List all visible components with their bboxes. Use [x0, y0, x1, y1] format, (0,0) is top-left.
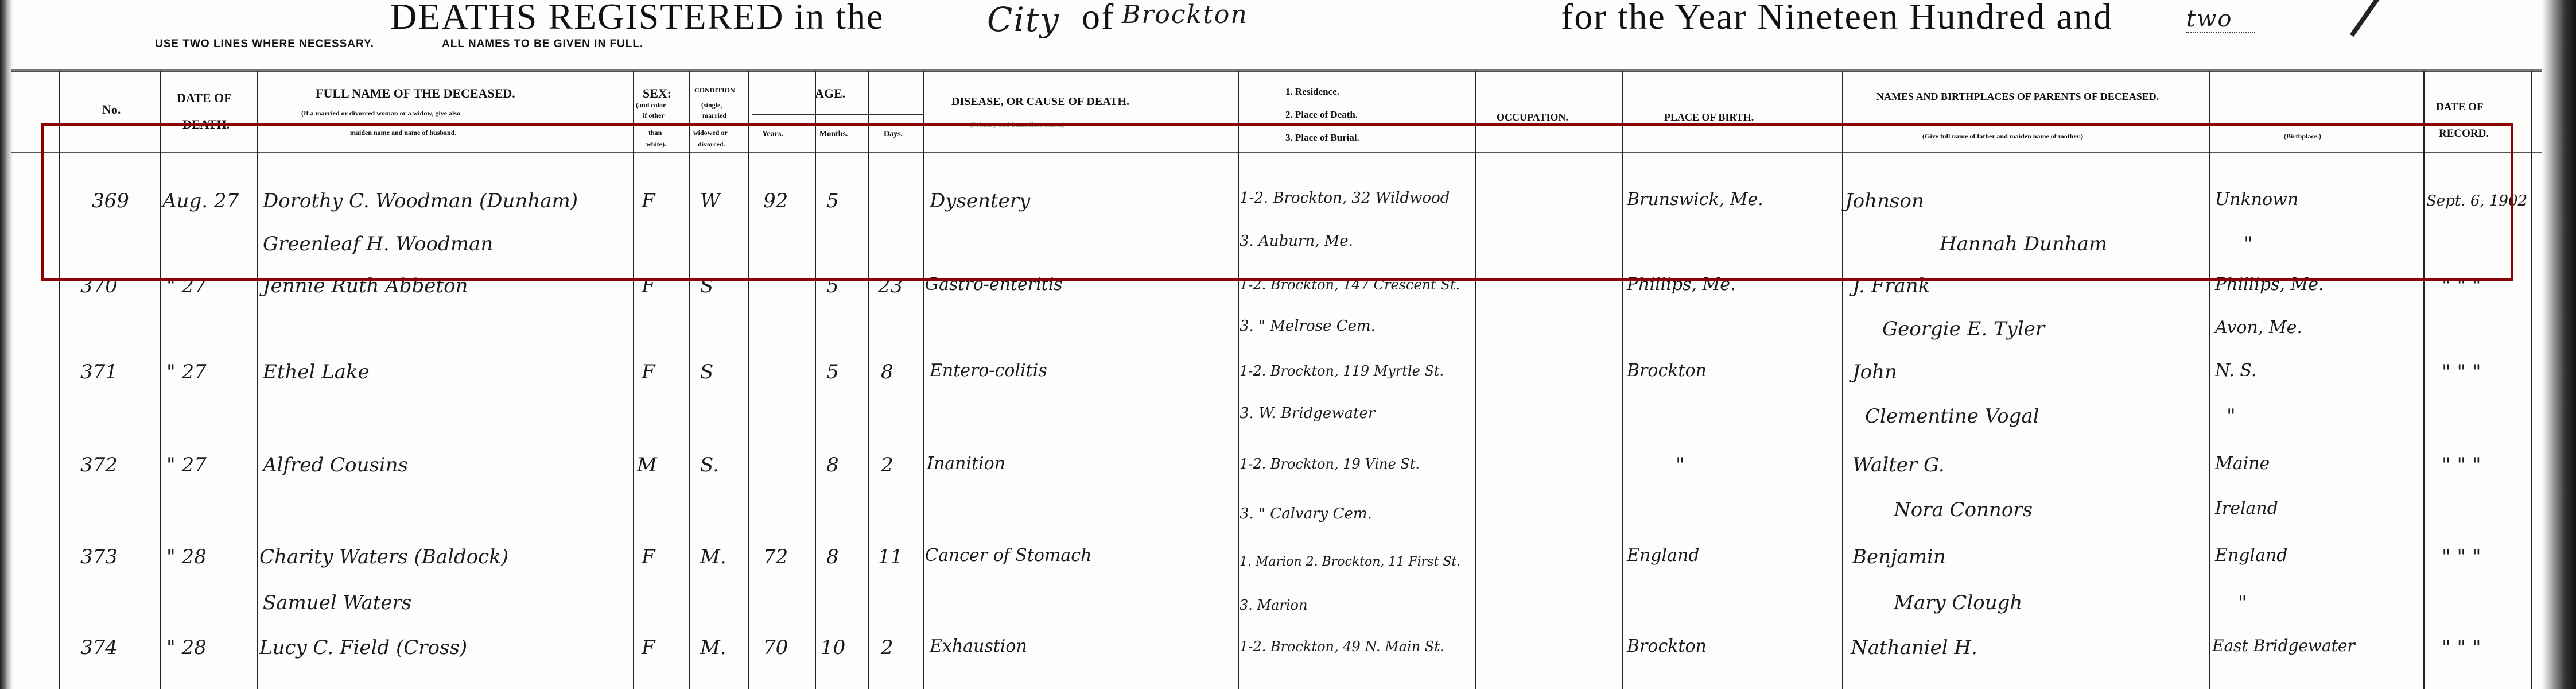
header-sex: SEX:: [643, 86, 671, 101]
row-372-burial: 3. " Calvary Cem.: [1240, 505, 1372, 522]
row-374-birthplace: Brockton: [1627, 636, 1707, 656]
pen-mark: [2350, 0, 2383, 37]
row-370-mother: Georgie E. Tyler: [1882, 318, 2045, 340]
row-373-days: 11: [878, 545, 903, 568]
header-place-of-death: 2. Place of Death.: [1285, 109, 1358, 121]
row-374-father: Nathaniel H.: [1851, 636, 1977, 659]
row-371-father: John: [1852, 361, 1897, 384]
instruction-full-names: ALL NAMES TO BE GIVEN IN FULL.: [442, 38, 643, 51]
row-371-burial: 3. W. Bridgewater: [1240, 405, 1375, 422]
header-no: No.: [102, 102, 121, 117]
row-374-father-birthplace: East Bridgewater: [2212, 636, 2355, 655]
row-371-mother: Clementine Vogal: [1865, 405, 2039, 428]
row-371-record-date: " " ": [2442, 361, 2481, 384]
page-binding-edge: [0, 0, 13, 689]
row-372-mother-birthplace: Ireland: [2215, 498, 2278, 518]
row-372-days: 2: [881, 454, 893, 477]
header-condition: CONDITION: [694, 86, 735, 95]
register-title: DEATHS REGISTERED in the: [390, 0, 884, 38]
row-372-mother: Nora Connors: [1894, 498, 2033, 521]
header-age: AGE.: [815, 86, 845, 101]
age-subheader-rule: [752, 114, 924, 115]
municipality-type: City: [987, 0, 1060, 39]
row-374-days: 2: [881, 636, 893, 659]
row-372-months: 8: [826, 454, 839, 477]
row-374-name: Lucy C. Field (Cross): [259, 636, 467, 659]
row-374-months: 10: [821, 636, 845, 659]
highlight-box-row-369: [41, 123, 2513, 281]
row-374-residence: 1-2. Brockton, 49 N. Main St.: [1240, 638, 1444, 655]
row-372-birthplace: ": [1676, 454, 1685, 477]
row-373-father-birthplace: England: [2215, 545, 2287, 566]
row-372-father-birthplace: Maine: [2215, 454, 2270, 474]
row-371-disease: Entero-colitis: [930, 361, 1047, 381]
row-371-residence: 1-2. Brockton, 119 Myrtle St.: [1240, 363, 1444, 379]
header-condition-2: (single,: [701, 101, 722, 110]
row-373-condition: M.: [700, 545, 726, 568]
row-373-date: " 28: [166, 545, 207, 568]
row-373-disease: Cancer of Stomach: [925, 545, 1091, 566]
header-disease: DISEASE, OR CAUSE OF DEATH.: [951, 95, 1129, 109]
row-373-no: 373: [80, 545, 118, 568]
header-full-name: FULL NAME OF THE DECEASED.: [316, 86, 515, 101]
row-373-father: Benjamin: [1852, 545, 1946, 568]
header-condition-3: married: [702, 111, 726, 120]
row-371-mother-birthplace: ": [2227, 405, 2236, 428]
row-371-name: Ethel Lake: [263, 361, 370, 384]
row-371-no: 371: [80, 361, 118, 384]
row-373-sex: F: [642, 545, 655, 568]
header-residence: 1. Residence.: [1285, 86, 1339, 98]
row-371-date: " 27: [166, 361, 207, 384]
register-page: DEATHS REGISTERED in the City of Brockto…: [0, 0, 2576, 689]
row-372-sex: M: [637, 454, 657, 477]
row-373-burial: 3. Marion: [1240, 597, 1307, 613]
row-371-condition: S: [700, 361, 713, 384]
header-place-of-birth: PLACE OF BIRTH.: [1664, 111, 1754, 123]
row-372-name: Alfred Cousins: [263, 454, 408, 477]
year-suffix: two: [2186, 6, 2255, 33]
year-label: for the Year Nineteen Hundred and: [1561, 0, 2113, 38]
header-date-of-record: DATE OF: [2436, 101, 2484, 114]
header-top-rule: [11, 69, 2542, 72]
row-372-father: Walter G.: [1852, 454, 1945, 477]
row-373-husband: Samuel Waters: [263, 591, 411, 614]
row-373-mother-birthplace: ": [2238, 591, 2247, 614]
header-parents: NAMES AND BIRTHPLACES OF PARENTS OF DECE…: [1876, 91, 2159, 103]
row-371-days: 8: [881, 361, 893, 384]
row-373-birthplace: England: [1627, 545, 1699, 566]
header-occupation: OCCUPATION.: [1497, 111, 1568, 123]
row-372-no: 372: [80, 454, 118, 477]
row-374-years: 70: [763, 636, 788, 659]
instruction-two-lines: USE TWO LINES WHERE NECESSARY.: [155, 38, 374, 51]
municipality-name: Brockton: [1122, 0, 1248, 29]
header-full-name-note: (If a married or divorced woman or a wid…: [301, 109, 460, 118]
row-374-disease: Exhaustion: [930, 636, 1027, 656]
row-371-father-birthplace: N. S.: [2215, 361, 2256, 381]
row-374-sex: F: [642, 636, 655, 659]
row-372-condition: S.: [700, 454, 719, 477]
row-372-record-date: " " ": [2442, 454, 2481, 477]
header-sex-2: (and color: [636, 101, 666, 110]
of-label: of: [1082, 0, 1114, 38]
header-date-of-death: DATE OF: [177, 91, 232, 106]
row-372-disease: Inanition: [927, 454, 1005, 474]
row-371-birthplace: Brockton: [1627, 361, 1707, 381]
row-372-date: " 27: [166, 454, 207, 477]
row-373-mother: Mary Clough: [1894, 591, 2022, 614]
row-374-record-date: " " ": [2442, 636, 2481, 659]
row-373-years: 72: [763, 545, 788, 568]
page-right-edge: [2542, 0, 2576, 689]
row-373-residence: 1. Marion 2. Brockton, 11 First St.: [1240, 555, 1460, 569]
row-373-months: 8: [826, 545, 839, 568]
row-371-months: 5: [826, 361, 839, 384]
row-372-residence: 1-2. Brockton, 19 Vine St.: [1240, 456, 1420, 472]
row-373-name: Charity Waters (Baldock): [259, 545, 508, 568]
column-divider: [2531, 71, 2532, 689]
row-374-no: 374: [80, 636, 118, 659]
row-370-burial: 3. " Melrose Cem.: [1240, 318, 1376, 335]
row-374-date: " 28: [166, 636, 207, 659]
row-373-record-date: " " ": [2442, 545, 2481, 568]
row-371-sex: F: [642, 361, 655, 384]
row-374-condition: M.: [700, 636, 726, 659]
row-370-mother-birthplace: Avon, Me.: [2215, 318, 2302, 338]
header-sex-3: if other: [643, 111, 665, 120]
